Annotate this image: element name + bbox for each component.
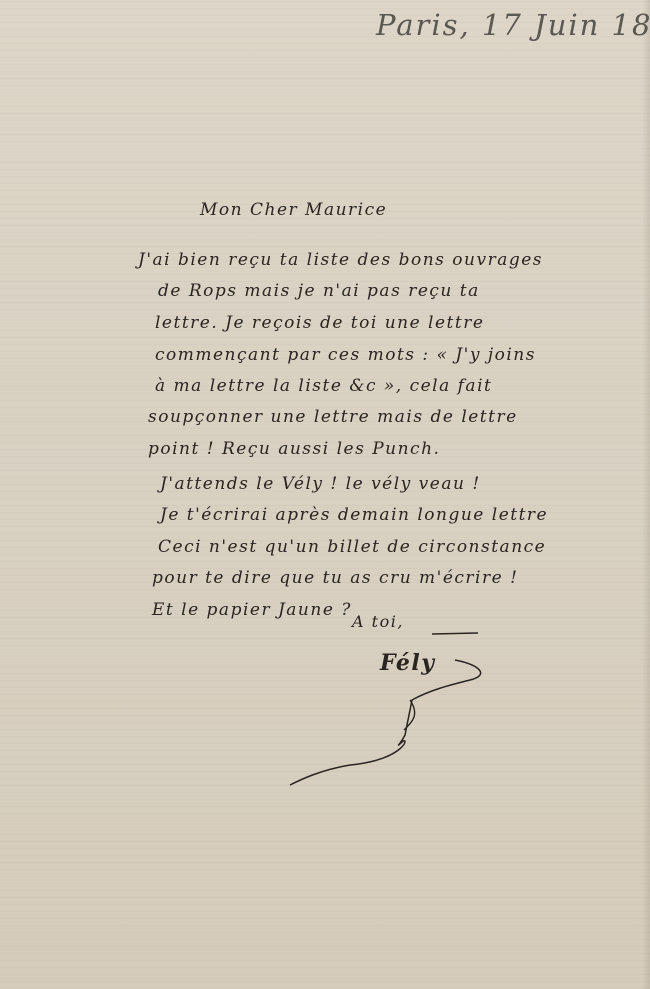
signature: Fély xyxy=(380,650,436,676)
body-line-10: Ceci n'est qu'un billet de circonstance xyxy=(158,537,546,557)
letter-page: Paris, 17 Juin 1876. Mon Cher Maurice J'… xyxy=(0,0,650,989)
body-line-4: commençant par ces mots : « J'y joins xyxy=(155,345,536,365)
body-line-11: pour te dire que tu as cru m'écrire ! xyxy=(152,568,518,588)
body-line-2: de Rops mais je n'ai pas reçu ta xyxy=(158,281,480,301)
body-line-6: soupçonner une lettre mais de lettre xyxy=(148,407,518,427)
body-line-3: lettre. Je reçois de toi une lettre xyxy=(155,313,484,333)
dateline: Paris, 17 Juin 1876. xyxy=(376,8,650,42)
closing: A toi, xyxy=(352,612,404,631)
body-line-5: à ma lettre la liste &c », cela fait xyxy=(155,376,492,396)
body-line-7: point ! Reçu aussi les Punch. xyxy=(148,439,440,459)
body-line-8: J'attends le Vély ! le vély veau ! xyxy=(160,474,481,494)
body-line-1: J'ai bien reçu ta liste des bons ouvrage… xyxy=(138,250,543,270)
body-line-9: Je t'écrirai après demain longue lettre xyxy=(160,505,548,525)
signature-flourish xyxy=(0,0,650,989)
paper-edge xyxy=(642,0,650,989)
body-line-12: Et le papier Jaune ? xyxy=(152,600,352,620)
salutation: Mon Cher Maurice xyxy=(200,200,387,220)
